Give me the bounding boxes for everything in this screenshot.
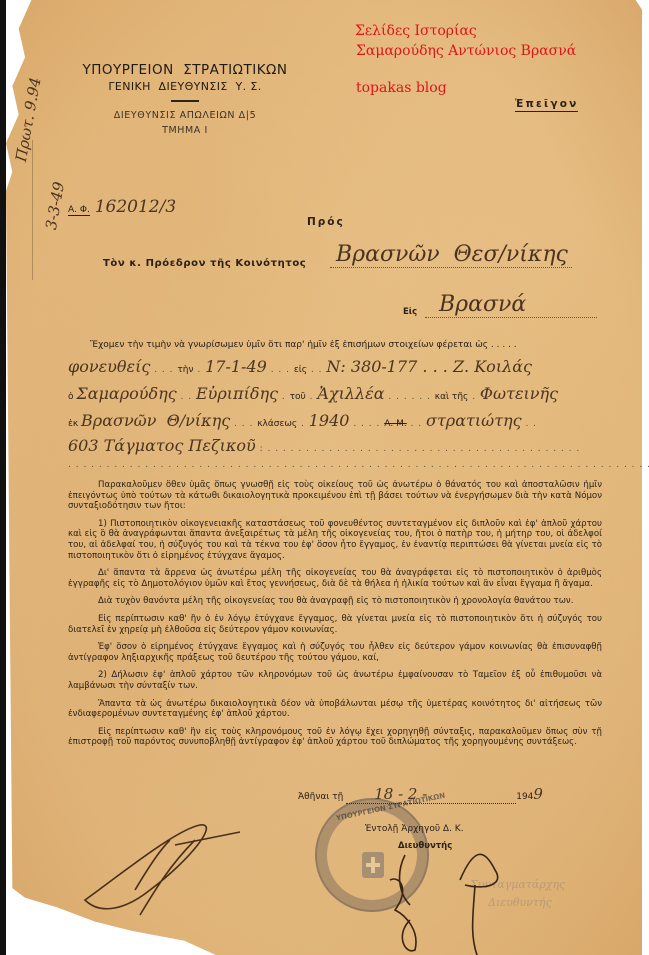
origin-value: Βρασνῶν Θ/νίκης	[81, 411, 230, 430]
closing-date-line: Ἀθῆναι τῇ 18 - 2 -1949	[298, 785, 543, 804]
crown-cross-emblem-icon	[362, 852, 384, 878]
order-line: Ἐντολῇ Ἀρχηγοῦ Δ. Κ.	[365, 824, 464, 834]
paragraph-deceased-members: Διὰ τυχὸν θανόντα μέλη τῆς οἰκογενείας τ…	[68, 596, 602, 607]
unit-value: 603 Τάγματος Πεζικοῦ	[68, 436, 256, 455]
father-value: Ἀχιλλέα	[317, 384, 384, 403]
death-place-value: Ν: 380-177 . . . Ζ. Κοιλάς	[326, 357, 532, 376]
place-label: εἰς	[294, 365, 307, 375]
section-name: ΤΜΗΜΑ Ι	[75, 123, 295, 138]
to-heading: Πρός	[307, 216, 345, 228]
origin-label: ἐκ	[68, 419, 78, 429]
reference-number: Α. Φ. 162012/3	[68, 197, 176, 217]
letterhead-rule	[171, 100, 199, 102]
ministry-name: ΥΠΟΥΡΓΕΙΟΝ ΣΤΡΑΤΙΩΤΙΚΩΝ	[75, 62, 295, 78]
letterhead: ΥΠΟΥΡΓΕΙΟΝ ΣΤΡΑΤΙΩΤΙΚΩΝ ΓΕΝΙΚΗ ΔΙΕΥΘΥΝΣΙ…	[75, 62, 295, 138]
year-value: 9	[533, 785, 543, 803]
status-value: φονευθείς	[68, 357, 150, 376]
surname-value: Σαμαρούδης	[76, 384, 176, 403]
field-line-5: . . . . . . . . . . . . . . . . . . . . …	[68, 460, 649, 470]
directorate-name: ΓΕΝΙΚΗ ΔΙΕΥΘΥΝΣΙΣ Υ. Σ.	[75, 80, 295, 93]
am-label: Α. Μ.	[384, 419, 407, 429]
mother-label: καὶ τῆς	[435, 392, 469, 402]
document-paper	[6, 0, 642, 955]
paragraph-submission: Ἅπαντα τὰ ὡς ἀνωτέρω δικαιολογητικὰ δέον…	[68, 699, 602, 720]
right-signature-icon	[385, 835, 535, 955]
watermark-blog-link[interactable]: topakas blog	[356, 79, 447, 97]
paragraph-family-certificate: 1) Πιστοποιητικὸν οἰκογενειακῆς καταστάσ…	[68, 519, 602, 561]
left-signature-icon	[80, 820, 240, 920]
community-value: Βρασνῶν Θεσ/νίκης	[336, 242, 568, 267]
firstname-value: Εὐριπίδης	[196, 384, 278, 403]
watermark-line-1: Σελίδες Ιστορίας	[355, 22, 477, 40]
date-label: τὴν	[177, 365, 193, 375]
paragraph-male-members: Δι' ἅπαντα τὰ ἄρρενα ὡς ἀνωτέρω μέλη τῆς…	[68, 568, 602, 589]
paragraph-widow: Εἰς περίπτωσιν καθ' ἣν ὁ ἐν λόγῳ ἐτύγχαν…	[68, 614, 602, 635]
place-date-label: Ἀθῆναι τῇ	[298, 792, 343, 802]
class-value: 1940	[309, 411, 350, 430]
article-label: ὁ	[68, 392, 74, 402]
field-line-1: φονευθείς . . . τὴν . 17-1-49 . . . εἰς …	[68, 357, 532, 376]
paragraph-heirs-declaration: 2) Δήλωσιν ἐφ' ἁπλοῦ χάρτου τῶν κληρονόμ…	[68, 670, 602, 691]
scan-border	[0, 0, 6, 955]
paragraph-pension-granted: Εἰς περίπτωσιν καθ' ἣν εἰς τοὺς κληρονόμ…	[68, 727, 602, 748]
rank-value: στρατιώτης	[426, 411, 522, 430]
field-line-3: ἐκ Βρασνῶν Θ/νίκης . . . κλάσεως . 1940 …	[68, 411, 537, 430]
father-label: τοῦ	[290, 392, 306, 402]
in-label: Εἰς	[403, 307, 417, 317]
division-name: ΔΙΕΥΘΥΝΣΙΣ ΑΠΩΛΕΙΩΝ Δ|5	[75, 108, 295, 123]
reference-value: 162012/3	[95, 197, 176, 217]
location-field: Βρασνά	[425, 292, 597, 318]
urgent-label: Ἐπεῖγον	[515, 98, 578, 112]
location-value: Βρασνά	[439, 292, 526, 317]
community-field: Βρασνῶν Θεσ/νίκης	[330, 242, 572, 268]
intro-text: Ἔχομεν τὴν τιμὴν νὰ γνωρίσωμεν ὑμῖν ὅτι …	[90, 340, 517, 350]
paragraph-request: Παρακαλοῦμεν ὅθεν ὑμᾶς ὅπως γνωσθῇ εἰς τ…	[68, 480, 602, 512]
paragraph-remarriage: Ἐφ' ὅσον ὁ εἰρημένος ἐτύγχανε ἔγγαμος κα…	[68, 642, 602, 663]
year-prefix: 194	[516, 792, 533, 802]
field-line-4: 603 Τάγματος Πεζικοῦ : . . . . . . . . .…	[68, 436, 580, 455]
field-line-2: ὁ Σαμαρούδης . . Εὐριπίδης . τοῦ . Ἀχιλλ…	[68, 384, 558, 403]
death-date-value: 17-1-49	[205, 357, 267, 376]
reference-label: Α. Φ.	[68, 205, 90, 216]
class-label: κλάσεως	[257, 419, 297, 429]
body-text: Παρακαλοῦμεν ὅθεν ὑμᾶς ὅπως γνωσθῇ εἰς τ…	[68, 480, 602, 755]
closing-date-value: 18 - 2 -	[346, 785, 516, 804]
recipient-label: Τὸν κ. Πρόεδρον τῆς Κοινότητος	[103, 258, 306, 269]
margin-line	[32, 140, 33, 280]
mother-value: Φωτεινῆς	[480, 384, 558, 403]
watermark-line-2: Σαμαρούδης Αντώνιος Βρασνά	[356, 42, 576, 60]
